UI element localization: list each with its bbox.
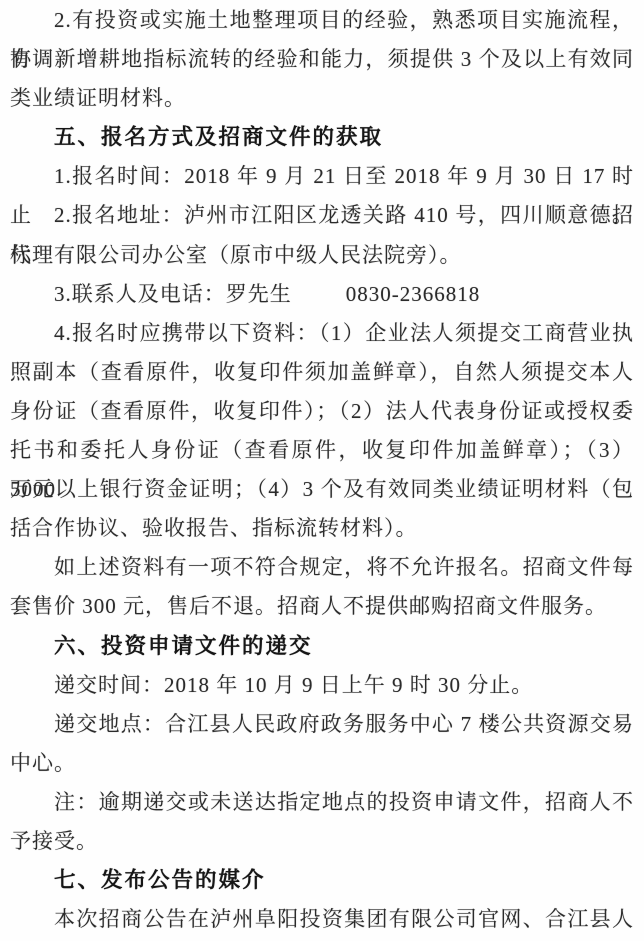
materials-required-line-1: 4.报名时应携带以下资料：（1）企业法人须提交工商营业执: [10, 314, 634, 353]
document-price-line-2: 套售价 300 元，售后不退。招商人不提供邮购招商文件服务。: [10, 587, 634, 626]
materials-required-line-5: 万元以上银行资金证明；（4）3 个及有效同类业绩证明材料（包: [10, 470, 634, 509]
document-price-line-1: 如上述资料有一项不符合规定，将不允许报名。招商文件每: [10, 548, 634, 587]
submission-time-line: 递交时间：2018 年 10 月 9 日上午 9 时 30 分止。: [10, 666, 634, 705]
contact-phone: 0830-2366818: [346, 282, 481, 306]
materials-required-line-3: 身份证（查看原件，收复印件）；（2）法人代表身份证或授权委: [10, 392, 634, 431]
contact-label: 3.联系人及电话：罗先生: [54, 282, 292, 306]
paragraph-qualification-line-2: 协调新增耕地指标流转的经验和能力，须提供 3 个及以上有效同: [10, 40, 634, 79]
contact-line: 3.联系人及电话：罗先生0830-2366818: [10, 275, 634, 314]
heading-section-6-submission: 六、投资申请文件的递交: [10, 627, 634, 666]
heading-section-7-media: 七、发布公告的媒介: [10, 861, 634, 900]
announcement-media-line-1: 本次招商公告在泸州阜阳投资集团有限公司官网、合江县人: [10, 900, 634, 939]
paragraph-qualification-line-1: 2.有投资或实施土地整理项目的经验，熟悉项目实施流程，有: [10, 1, 634, 40]
registration-time-line: 1.报名时间：2018 年 9 月 21 日至 2018 年 9 月 30 日 …: [10, 157, 634, 196]
registration-address-line-1: 2.报名地址：泸州市江阳区龙透关路 410 号，四川顺意德招标: [10, 196, 634, 235]
materials-required-line-6: 括合作协议、验收报告、指标流转材料）。: [10, 509, 634, 548]
paragraph-qualification-line-3: 类业绩证明材料。: [10, 79, 634, 118]
submission-place-line-2: 中心。: [10, 744, 634, 783]
submission-note-line-1: 注：逾期递交或未送达指定地点的投资申请文件，招商人不: [10, 783, 634, 822]
materials-required-line-4: 托书和委托人身份证（查看原件，收复印件加盖鲜章）；（3）5000: [10, 431, 634, 470]
heading-section-5-registration: 五、报名方式及招商文件的获取: [10, 118, 634, 157]
registration-address-line-2: 代理有限公司办公室（原市中级人民法院旁）。: [10, 236, 634, 275]
submission-place-line-1: 递交地点：合江县人民政府政务服务中心 7 楼公共资源交易: [10, 705, 634, 744]
submission-note-line-2: 予接受。: [10, 822, 634, 861]
scanned-document-page: 2.有投资或实施土地整理项目的经验，熟悉项目实施流程，有 协调新增耕地指标流转的…: [0, 0, 644, 941]
materials-required-line-2: 照副本（查看原件，收复印件须加盖鲜章），自然人须提交本人: [10, 353, 634, 392]
